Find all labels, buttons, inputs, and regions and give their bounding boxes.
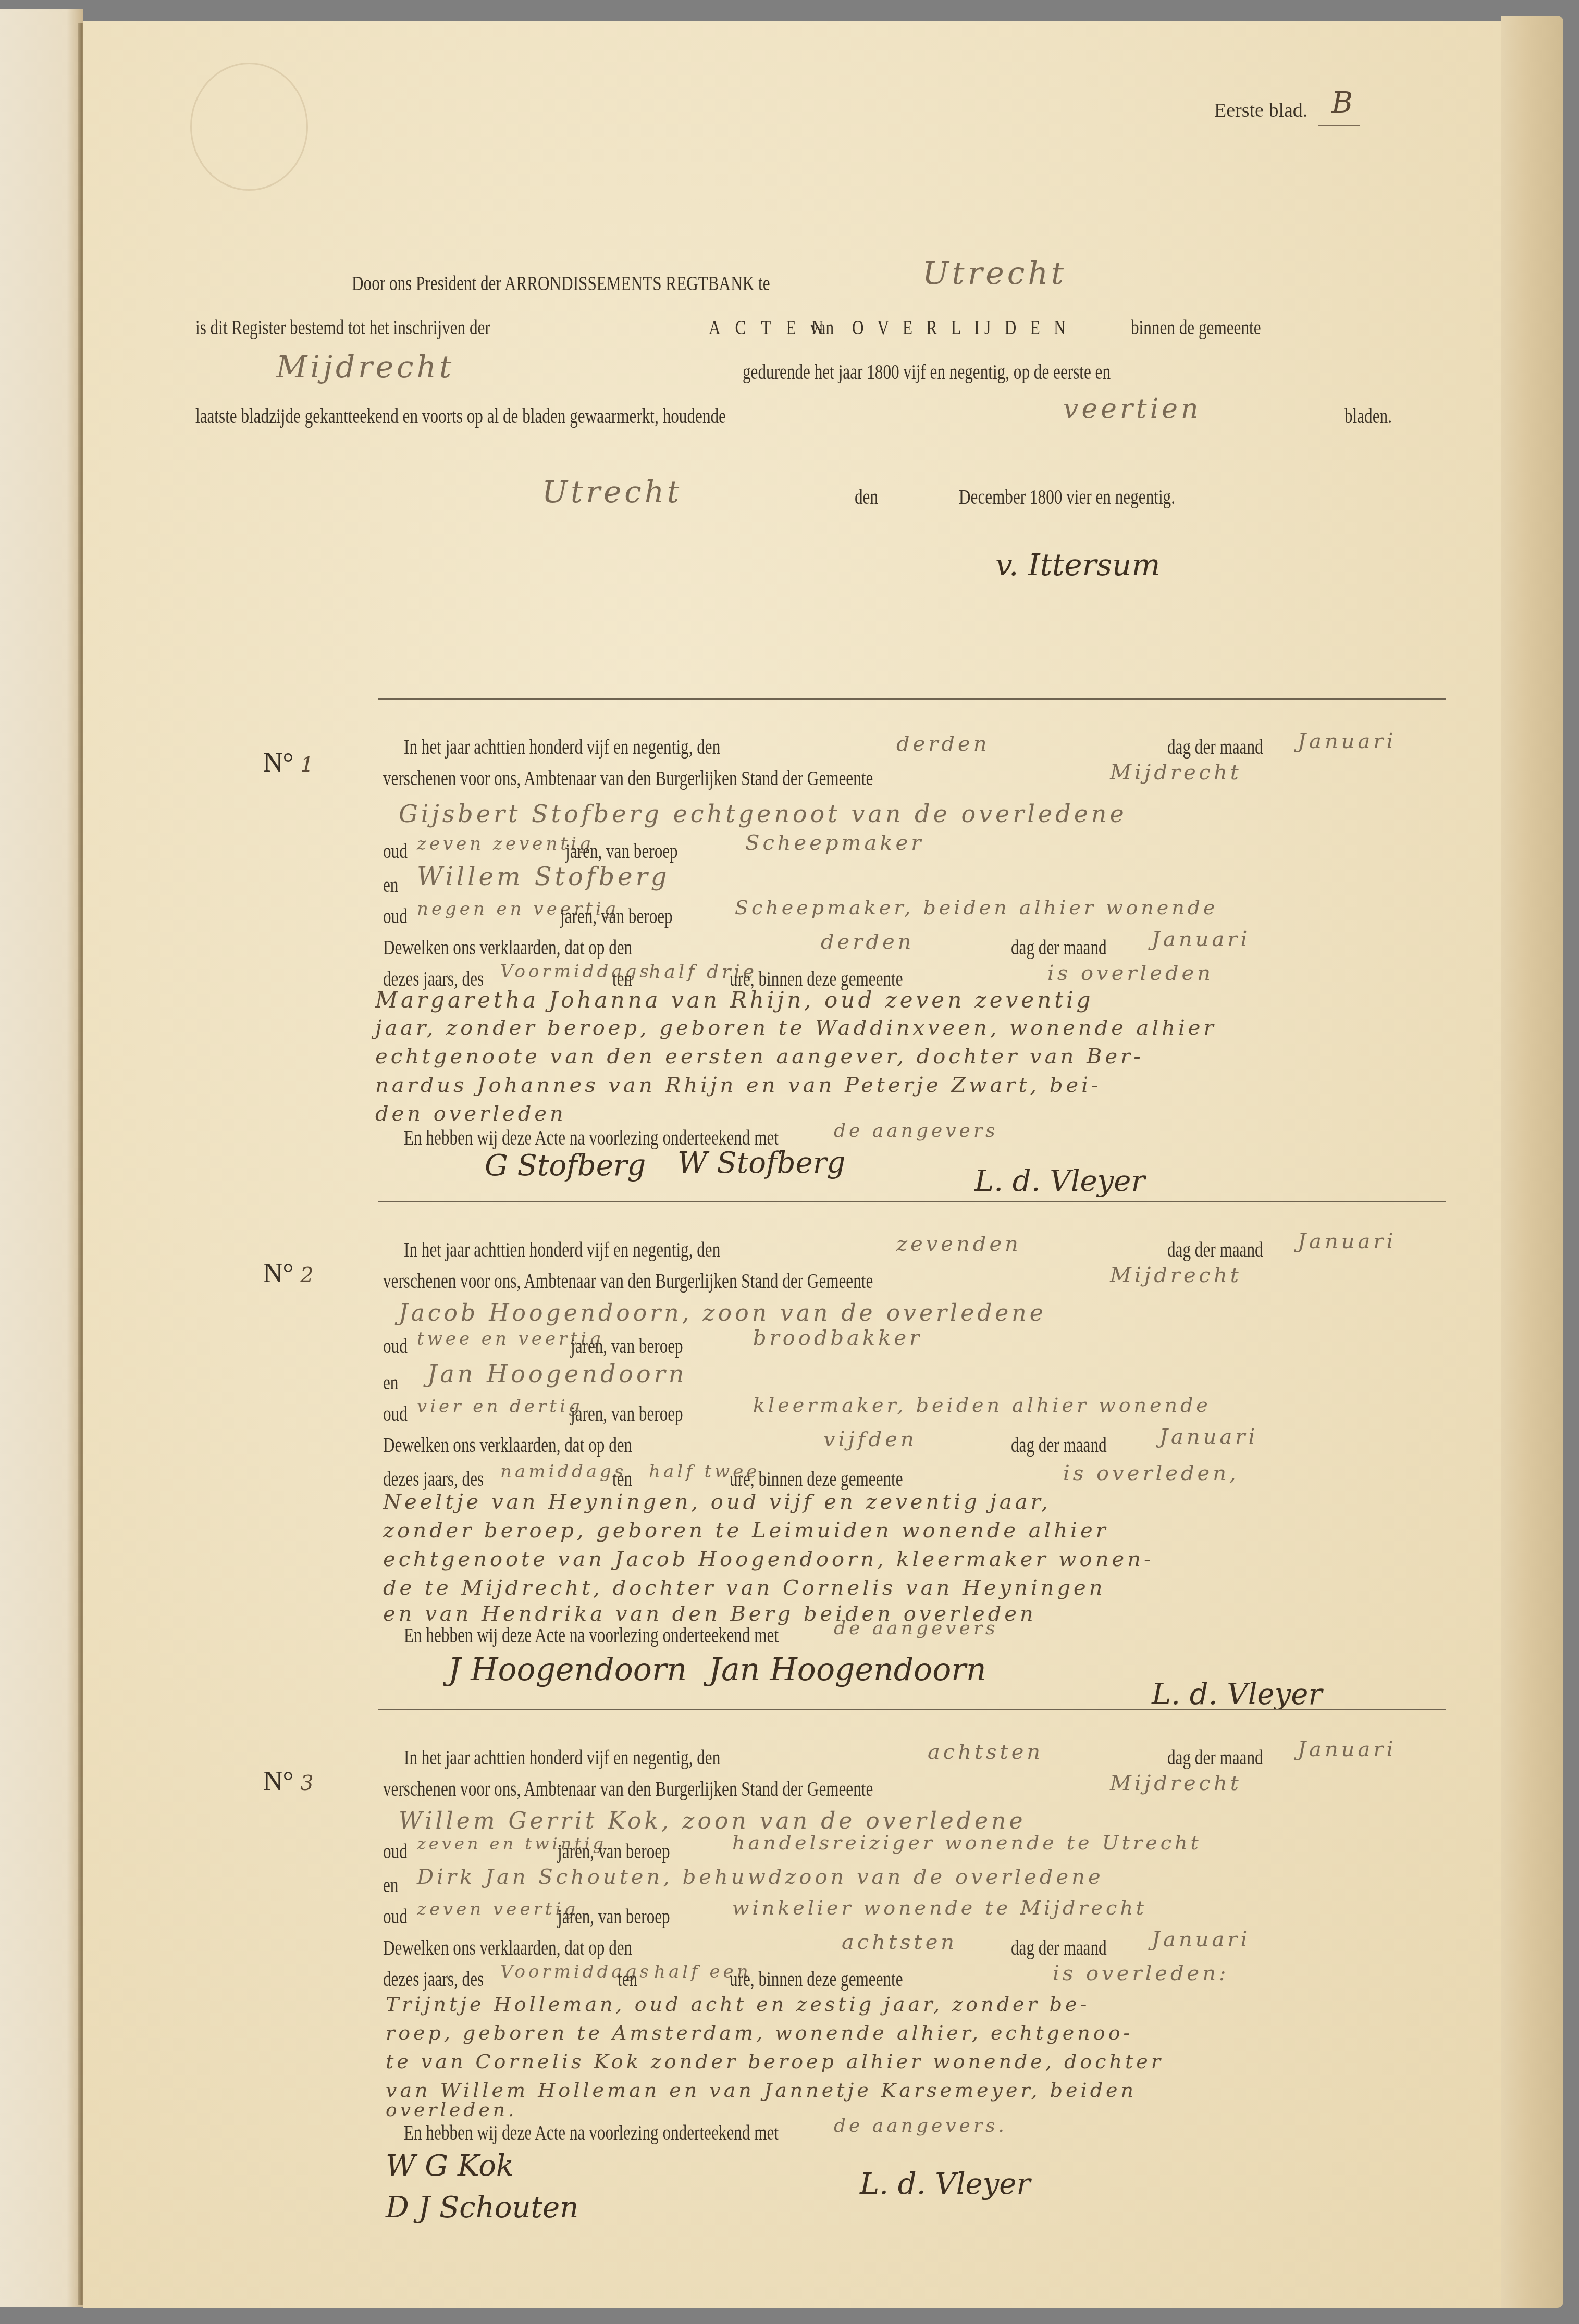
preamble-signed-place: Utrecht [542,474,682,509]
act-1-body-2: jaar, zonder beroep, geboren te Waddinxv… [375,1016,1217,1040]
act-3-beroep2: jaren, van beroep [558,1904,670,1929]
act-2-closing-hw: de aangevers [834,1618,998,1639]
preamble-date: December 1800 vier en negentig. [959,484,1175,509]
act-2-oud2: oud [383,1401,408,1426]
act-3-place: Mijdrecht [1110,1771,1242,1795]
act-1-death-day: derden [821,930,914,954]
act-2-month: Januari [1298,1229,1396,1253]
act-2-body-1: Neeltje van Heyningen, oud vijf en zeven… [383,1490,1051,1514]
preamble-line3: gedurende het jaar 1800 vijf en negentig… [743,359,1111,384]
act-3-en: en [383,1873,398,1897]
act-2-body-2: zonder beroep, geboren te Leimuiden wone… [383,1519,1109,1543]
act-3-job1: handelsreiziger wonende te Utrecht [732,1831,1202,1854]
act-2-signature-2: Jan Hoogendoorn [709,1651,986,1688]
act-3-signature-1: W G Kok [386,2149,514,2183]
act-2-registrar-signature: L. d. Vleyer [1152,1677,1322,1711]
preamble-leaf-count: veertien [1063,393,1202,425]
act-1-death-month: Januari [1152,927,1250,951]
act-2-place: Mijdrecht [1110,1263,1242,1287]
act-2-dag: dag der maand [1167,1237,1263,1262]
act-3-l7: Dewelken ons verklaarden, dat op den [383,1935,632,1960]
act-2-job2: kleermaker, beiden alhier wonende [753,1394,1211,1416]
act-3-beroep1: jaren, van beroep [558,1839,670,1863]
act-3-signature-2: D J Schouten [386,2191,578,2224]
act-3-death-month: Januari [1152,1928,1250,1952]
preamble-municipality: Mijdrecht [276,349,454,384]
act-2-l8b: ure, binnen deze gemeente [730,1467,903,1491]
act-3-overleden: is overleden: [1053,1961,1229,1985]
act-3-divider [378,1709,1446,1710]
act-3-dag2: dag der maand [1011,1935,1107,1960]
act-3-dag: dag der maand [1167,1745,1263,1770]
act-1-signature-1: G Stofberg [485,1149,646,1183]
act-2-oud: oud [383,1334,408,1358]
act-2-beroep2: jaren, van beroep [571,1401,683,1426]
president-signature: v. Ittersum [995,547,1160,582]
act-3-body-3: te van Cornelis Kok zonder beroep alhier… [386,2050,1164,2073]
preamble-court-place: Utrecht [922,255,1067,292]
act-1-job1: Scheepmaker [745,831,924,855]
act-3-l1: In het jaar achttien honderd vijf en neg… [404,1745,720,1770]
act-2-l8a: dezes jaars, des [383,1467,484,1491]
preamble-line2a: is dit Register bestemd tot het inschrij… [195,315,490,340]
act-1-body-1: Margaretha Johanna van Rhijn, oud zeven … [375,987,1093,1013]
act-2-death-day: vijfden [823,1427,917,1451]
act-3-body-1: Trijntje Holleman, oud acht en zestig ja… [386,1993,1090,2016]
act-3-closing: En hebben wij deze Acte na voorlezing on… [404,2120,779,2145]
act-1-body-3: echtgenoote van den eersten aangever, do… [375,1045,1144,1068]
act-1-divider [378,698,1446,700]
act-1-job2: Scheepmaker, beiden alhier wonende [735,896,1218,919]
act-1-oud: oud [383,839,408,863]
act-1-overleden: is overleden [1047,961,1214,985]
act-2-beroep1: jaren, van beroep [571,1334,683,1358]
act-3-registrar-signature: L. d. Vleyer [860,2167,1030,2201]
act-2-job1: broodbakker [753,1326,922,1350]
preamble-bladen: bladen. [1344,404,1392,428]
act-2-dag2: dag der maand [1011,1433,1107,1457]
act-3-death-day: achtsten [842,1930,957,1954]
act-1-signature-2: W Stofberg [677,1146,845,1180]
act-1-body-5: den overleden [375,1102,566,1126]
act-2-signature-1: J Hoogendoorn [448,1651,687,1688]
act-1-l1: In het jaar achttien honderd vijf en neg… [404,735,720,759]
act-2-overleden: is overleden, [1063,1461,1239,1485]
act-2-body-4: de te Mijdrecht, dochter van Cornelis va… [383,1576,1106,1600]
register-page: Eerste blad. B Door ons President der AR… [83,21,1501,2308]
act-3-month: Januari [1298,1737,1396,1761]
act-3-body-4: van Willem Holleman en van Jannetje Kars… [386,2079,1137,2102]
preamble-gemeente: binnen de gemeente [1131,315,1261,340]
page-label: Eerste blad. [1214,99,1307,122]
page-mark: B [1331,86,1353,120]
act-3-age2: zeven veertig [417,1899,578,1920]
act-2-number: N° 2 [263,1258,314,1289]
act-3-body-2: roep, geboren te Amsterdam, wonende alhi… [386,2021,1133,2044]
act-3-declarant1: Willem Gerrit Kok, zoon van de overleden… [399,1808,1026,1834]
act-2-age2: vier en dertig [417,1396,583,1417]
act-3-oud2: oud [383,1904,408,1929]
act-2-daypart: namiddags [500,1461,626,1482]
preamble-overlijden: O V E R L IJ D E N [852,315,1070,340]
act-2-closing: En hebben wij deze Acte na voorlezing on… [404,1623,779,1647]
act-3-number: N° 3 [263,1766,314,1797]
act-1-dag2: dag der maand [1011,935,1107,960]
embossed-seal-icon [190,63,308,191]
act-2-day: zevenden [896,1232,1021,1256]
act-2-l2: verschenen voor ons, Ambtenaar van den B… [383,1269,873,1293]
act-3-body-5: overleden. [386,2099,517,2121]
preamble-den: den [855,484,878,509]
act-1-number: N° 1 [263,748,314,778]
act-3-oud: oud [383,1839,408,1863]
preamble-van: van [810,315,834,340]
act-1-dag: dag der maand [1167,735,1263,759]
act-2-ten: ten [612,1467,632,1491]
act-2-divider [378,1201,1446,1202]
page-mark-underline [1318,125,1360,126]
act-2-death-month: Januari [1159,1425,1258,1449]
act-2-l1: In het jaar achttien honderd vijf en neg… [404,1237,720,1262]
act-3-l8b: ure, binnen deze gemeente [730,1967,903,1991]
act-3-l2: verschenen voor ons, Ambtenaar van den B… [383,1776,873,1801]
act-2-declarant2: Jan Hoogendoorn [427,1360,687,1388]
preamble-line1: Door ons President der ARRONDISSEMENTS R… [352,271,770,295]
act-1-en: en [383,873,398,897]
act-2-l7: Dewelken ons verklaarden, dat op den [383,1433,632,1457]
act-1-closing-hw: de aangevers [834,1120,998,1141]
act-1-oud2: oud [383,904,408,928]
act-1-declarant1: Gijsbert Stofberg echtgenoot van de over… [399,800,1127,828]
act-1-body-4: nardus Johannes van Rhijn en van Peterje… [375,1073,1102,1097]
act-3-job2: winkelier wonende te Mijdrecht [732,1896,1147,1919]
act-2-declarant1: Jacob Hoogendoorn, zoon van de overleden… [399,1300,1046,1326]
act-1-declarant2: Willem Stofberg [417,862,670,891]
act-3-day: achtsten [928,1740,1043,1764]
act-3-closing-hw: de aangevers. [834,2115,1007,2136]
act-1-l2: verschenen voor ons, Ambtenaar van den B… [383,766,873,790]
page-stack-edge [1501,16,1563,2308]
act-3-declarant2: Dirk Jan Schouten, behuwdzoon van de ove… [417,1865,1104,1889]
act-1-l7: Dewelken ons verklaarden, dat op den [383,935,632,960]
act-3-l8a: dezes jaars, des [383,1967,484,1991]
act-1-month: Januari [1298,729,1396,753]
act-1-day: derden [896,732,990,756]
preamble-line4: laatste bladzijde gekantteekend en voort… [195,404,726,428]
act-1-beroep2: jaren, van beroep [560,904,673,928]
act-1-place: Mijdrecht [1110,761,1242,785]
act-3-ten: ten [618,1967,637,1991]
facing-blank-page [0,9,83,2307]
act-1-beroep1: jaren, van beroep [565,839,678,863]
act-2-en: en [383,1370,398,1395]
act-2-body-3: echtgenoote van Jacob Hoogendoorn, kleer… [383,1547,1154,1571]
act-1-registrar-signature: L. d. Vleyer [974,1164,1145,1198]
